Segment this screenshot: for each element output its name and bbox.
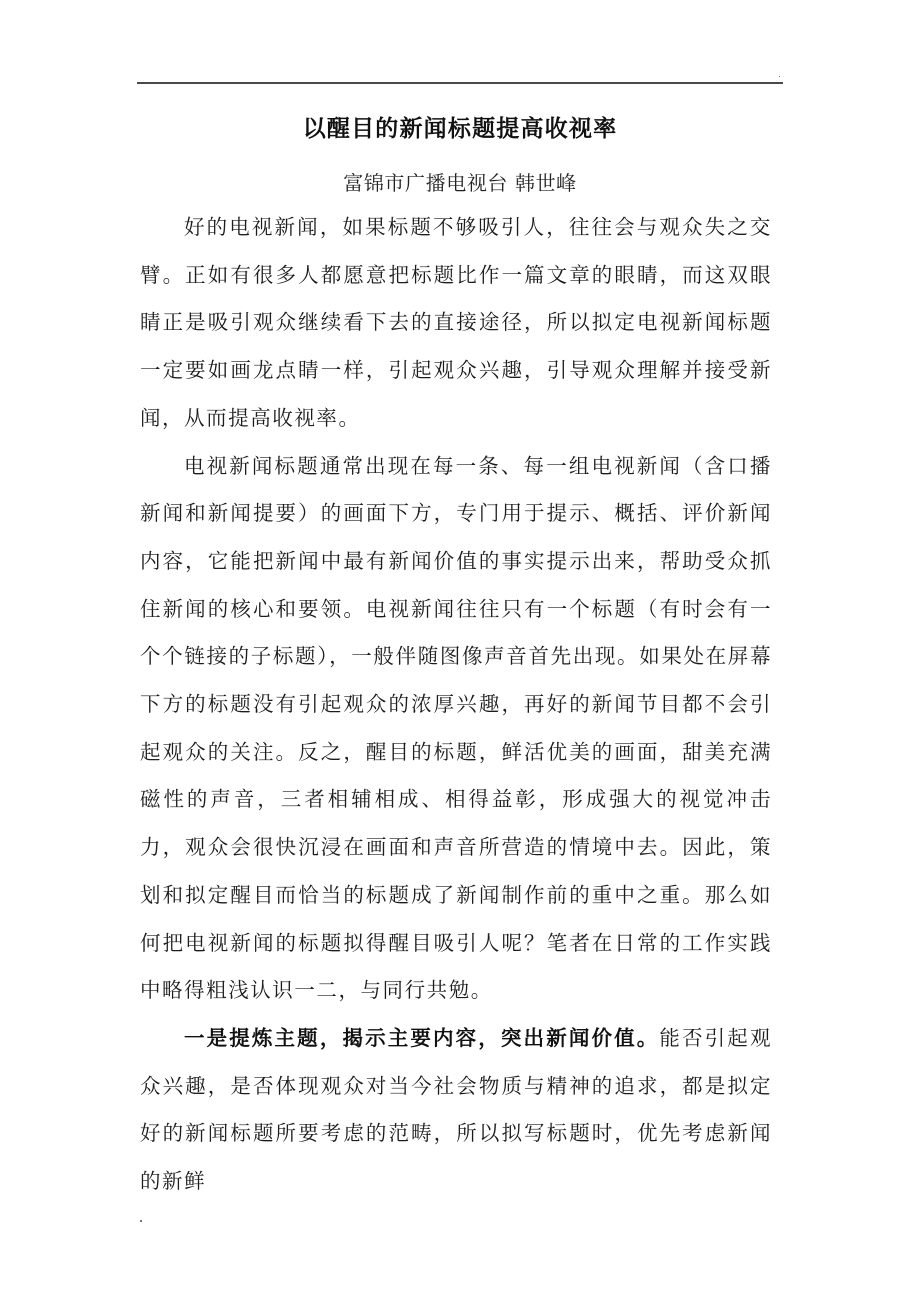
footer-corner-mark bbox=[140, 1220, 142, 1222]
paragraph-text: 电视新闻标题通常出现在每一条、每一组电视新闻（含口播新闻和新闻提要）的画面下方，… bbox=[140, 454, 772, 1003]
paragraph-lead-bold: 一是提炼主题，揭示主要内容，突出新闻价值。 bbox=[184, 1026, 659, 1050]
document-title: 以醒目的新闻标题提高收视率 bbox=[0, 113, 920, 145]
document-page: 以醒目的新闻标题提高收视率 富锦市广播电视台 韩世峰 好的电视新闻，如果标题不够… bbox=[0, 0, 920, 1302]
document-body: 好的电视新闻，如果标题不够吸引人，往往会与观众失之交臂。正如有很多人都愿意把标题… bbox=[140, 204, 772, 1206]
document-byline: 富锦市广播电视台 韩世峰 bbox=[0, 168, 920, 198]
paragraph-2: 电视新闻标题通常出现在每一条、每一组电视新闻（含口播新闻和新闻提要）的画面下方，… bbox=[140, 443, 772, 1015]
header-rule bbox=[137, 82, 783, 84]
paragraph-1: 好的电视新闻，如果标题不够吸引人，往往会与观众失之交臂。正如有很多人都愿意把标题… bbox=[140, 204, 772, 443]
paragraph-3: 一是提炼主题，揭示主要内容，突出新闻价值。能否引起观众兴趣，是否体现观众对当今社… bbox=[140, 1015, 772, 1206]
header-corner-mark bbox=[779, 76, 780, 77]
paragraph-text: 好的电视新闻，如果标题不够吸引人，往往会与观众失之交臂。正如有很多人都愿意把标题… bbox=[140, 215, 772, 430]
paragraph-text: 能否引起观众兴趣，是否体现观众对当今社会物质与精神的追求，都是拟定好的新闻标题所… bbox=[140, 1026, 772, 1193]
